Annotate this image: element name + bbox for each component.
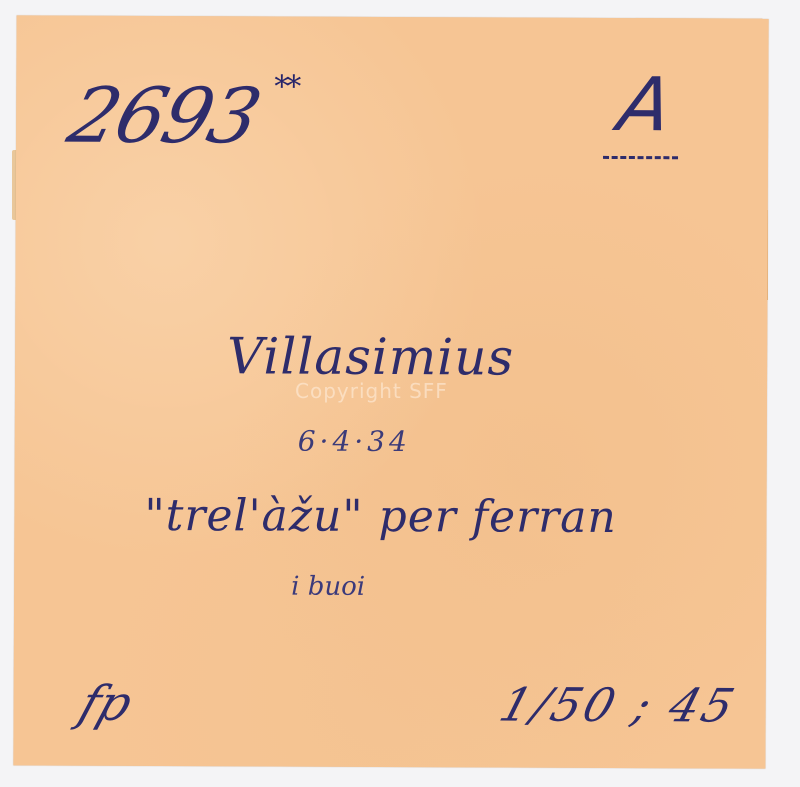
catalog-number: 2693 — [62, 78, 267, 155]
reference-number: 1/50 ; 45 — [495, 682, 742, 729]
term-description-continued: i buoi — [291, 574, 365, 600]
place-name: Villasimius — [227, 331, 514, 382]
grade-letter: A — [607, 68, 685, 142]
author-initials: fp — [74, 680, 138, 728]
grade-underline — [603, 156, 678, 159]
term-description: "trel'àžu" per ferran — [144, 494, 617, 540]
copyright-watermark: Copyright SFF — [295, 379, 448, 403]
catalog-star-marks: ** — [274, 72, 298, 102]
date: 6·4·34 — [298, 428, 411, 456]
